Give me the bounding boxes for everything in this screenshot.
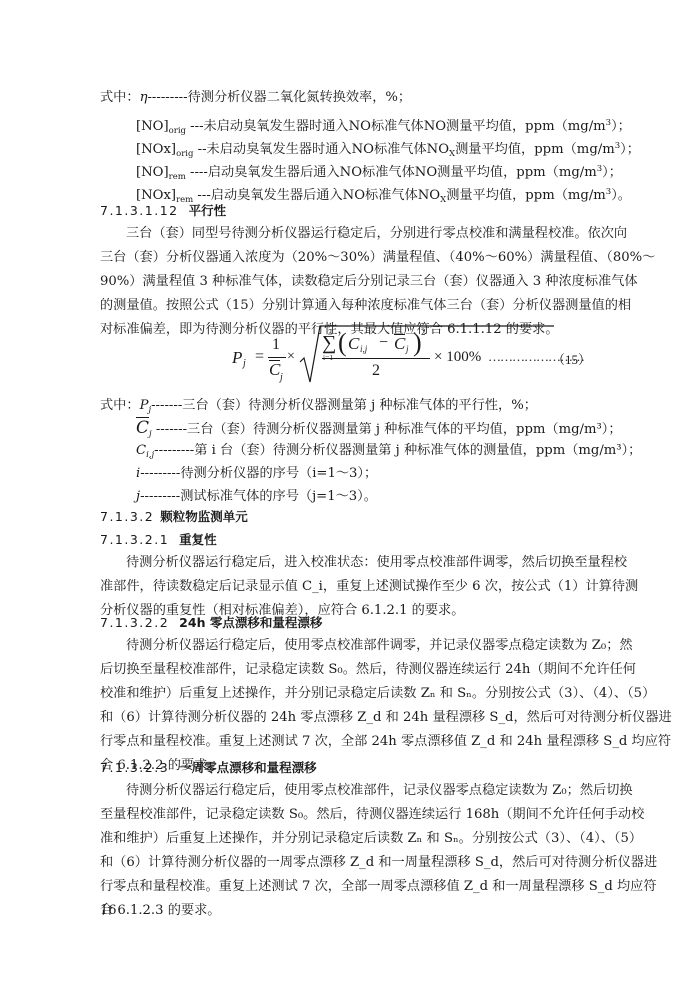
para-line: 三台（套）分析仪器通入浓度为（20%～30%）满量程值、（40%～60%）满量程… [100,246,600,270]
def-subscript: i,j [146,450,154,460]
section-heading-7-1-3-1-12: 7.1.3.1.12平行性 [100,202,226,220]
section-number: 7.1.3.1.12 [100,203,179,218]
defs-intro: 式中： [100,90,140,105]
inner-c-sub: i,j [360,344,367,354]
def-symbol: [NO] [136,165,169,180]
section-title: 重复性 [179,532,217,547]
section-number: 7.1.3.2.1 [100,532,169,547]
formula-15: P j = 1 C j × 3 ∑ i=1 ( C i,j − C j ) 2 … [226,322,606,392]
def-j: j---------测试标准气体的序号（j=1～3）。 [136,488,377,506]
para-line: 校准和维护）后重复上述操作，并分别记录稳定后读数 Zₙ 和 Sₙ。分别按公式（3… [100,682,600,706]
section-title: 平行性 [189,203,227,218]
def-end: ）； [620,142,640,157]
para-line: 待测分析仪器运行稳定后，使用零点校准部件调零，并记录仪器零点稳定读数为 Z₀；然 [100,634,600,658]
eta-desc: ---------待测分析仪器二氧化氮转换效率，%； [147,90,411,105]
paragraph-repeatability: 待测分析仪器运行稳定后，进入校准状态：使用零点校准部件调零，然后切换至量程校 准… [100,551,600,623]
def-desc: ---------测试标准气体的序号（j=1～3）。 [140,489,377,504]
document-page: 式中：η---------待测分析仪器二氧化氮转换效率，%； [NO]orig … [0,0,700,990]
section-number: 7.1.3.2 [100,509,154,524]
para-line: 待测分析仪器运行稳定后，使用零点校准部件，记录仪器零点稳定读数为 Z₀；然后切换 [100,779,600,803]
def-pj: 式中：Pj-------三台（套）待测分析仪器测量第 j 种标准气体的平行性，%… [100,397,537,419]
para-line: 后切换至量程校准部件，记录稳定读数 S₀。然后，待测仪器连续运行 24h（期间不… [100,658,600,682]
section-heading-7-1-3-2-3: 7.1.3.2.3一周零点漂移和量程漂移 [100,759,317,777]
formula-cbar-sub: j [280,372,283,383]
def-desc2: 测量平均值，ppm（mg/m [446,188,606,203]
def-end: ）。 [611,188,631,203]
para-line: 90%）满量程值 3 种标准气体，读数稳定后分别记录三台（套）仪器通入 3 种浓… [100,270,600,294]
fraction-bar [322,358,430,359]
para-line: 和（6）计算待测分析仪器的 24h 零点漂移 Z_d 和 24h 量程漂移 S_… [100,706,600,730]
formula-numerator-one: 1 [272,336,280,354]
def-subscript: orig [169,126,186,136]
def-symbol: C [136,417,149,438]
formula-minus: − [379,334,388,352]
para-line: 准部件，待读数稳定后记录显示值 C_i，重复上述测试操作至少 6 次，按公式（1… [100,575,600,599]
para-line: 行零点和量程校准。重复上述测试 7 次，全部 24h 零点漂移值 Z_d 和 2… [100,730,600,754]
para-line: 准和维护）后重复上述操作，并分别记录稳定后读数 Zₙ 和 Sₙ。分别按公式（3）… [100,827,600,851]
fraction-bar [268,357,286,358]
para-line: 至量程校准部件，记录稳定读数 S₀。然后，待测仪器连续运行 168h（期间不允许… [100,803,600,827]
def-end: ）； [611,119,631,134]
denominator: 2 [372,362,380,380]
section-number: 7.1.3.2.2 [100,615,169,630]
section-title: 24h 零点漂移和量程漂移 [179,615,322,630]
inner-cbar-sub: j [406,344,409,354]
section-number: 7.1.3.2.3 [100,760,169,775]
paren-open: ( [338,328,347,358]
inner-c: C [348,334,359,354]
def-desc: ---------待测分析仪器的序号（i=1～3）； [140,466,377,481]
def-symbol: C [136,443,146,458]
sum-sigma-icon: ∑ [322,332,336,355]
def-symbol: [NOx] [136,142,176,157]
inner-cbar: C [394,334,405,353]
formula-equals: = [255,348,264,366]
def-subscript: orig [176,149,193,159]
def-end: ）； [602,165,622,180]
formula-lhs: P [232,348,242,368]
paragraph-24h-drift: 待测分析仪器运行稳定后，使用零点校准部件调零，并记录仪器零点稳定读数为 Z₀；然… [100,634,600,778]
section-heading-7-1-3-2: 7.1.3.2颗粒物监测单元 [100,508,248,526]
page-number: 16 [100,903,117,918]
def-cbar: Cj -------三台（套）待测分析仪器测量第 j 种标准气体的平均值，ppm… [136,419,622,443]
def-desc: ---未启动臭氧发生器时通入NO标准气体NO测量平均值，ppm（mg/m [186,119,606,134]
def-symbol: [NOx] [136,188,176,203]
para-line: 三台（套）同型号待测分析仪器运行稳定后，分别进行零点校准和满量程校准。依次向 [100,222,600,246]
section-title: 颗粒物监测单元 [160,509,248,524]
section-heading-7-1-3-2-1: 7.1.3.2.1重复性 [100,531,217,549]
def-desc: ----启动臭氧发生器后通入NO标准气体NO测量平均值，ppm（mg/m [186,165,597,180]
para-line: 待测分析仪器运行稳定后，进入校准状态：使用零点校准部件调零，然后切换至量程校 [100,551,600,575]
def-desc: -------三台（套）待测分析仪器测量第 j 种标准气体的平均值，ppm（mg… [152,422,622,437]
section-title: 一周零点漂移和量程漂移 [179,760,317,775]
formula-cbar: C [269,360,280,379]
def-subscript: rem [169,172,186,182]
def-desc: ---------第 i 台（套）待测分析仪器测量第 j 种标准气体的测量值，p… [154,443,641,458]
para-line: 的测量值。按照公式（15）分别计算通入每种浓度标准气体三台（套）分析仪器测量值的… [100,294,600,318]
para-line: 行零点和量程校准。重复上述测试 7 次，全部一周零点漂移值 Z_d 和一周量程漂… [100,875,600,899]
defs-intro: 式中： [100,398,140,413]
def-desc: -------三台（套）待测分析仪器测量第 j 种标准气体的平行性，%； [151,398,537,413]
def-cij: Ci,j---------第 i 台（套）待测分析仪器测量第 j 种标准气体的测… [136,442,641,464]
section-heading-7-1-3-2-2: 7.1.3.2.224h 零点漂移和量程漂移 [100,614,322,632]
times-100-percent: × 100% [434,349,481,366]
def-desc: ---启动臭氧发生器后通入NO标准气体NO [193,188,440,203]
para-line: 和（6）计算待测分析仪器的一周零点漂移 Z_d 和一周量程漂移 S_d，然后可对… [100,851,600,875]
def-i: i---------待测分析仪器的序号（i=1～3）； [136,465,377,483]
def-desc: --未启动臭氧发生器时通入NO标准气体NO [193,142,449,157]
def-symbol: [NO] [136,119,169,134]
formula-lhs-sub: j [243,358,246,369]
def-desc2: 测量平均值，ppm（mg/m [455,142,615,157]
formula-label: （15） [552,349,591,368]
paragraph-weekly-drift: 待测分析仪器运行稳定后，使用零点校准部件，记录仪器零点稳定读数为 Z₀；然后切换… [100,779,600,923]
square-exponent: 2 [421,327,426,337]
formula-times: × [287,349,295,365]
para-line: 合 6.1.2.3 的要求。 [100,899,600,923]
def-eta: 式中：η---------待测分析仪器二氧化氮转换效率，%； [100,89,411,107]
